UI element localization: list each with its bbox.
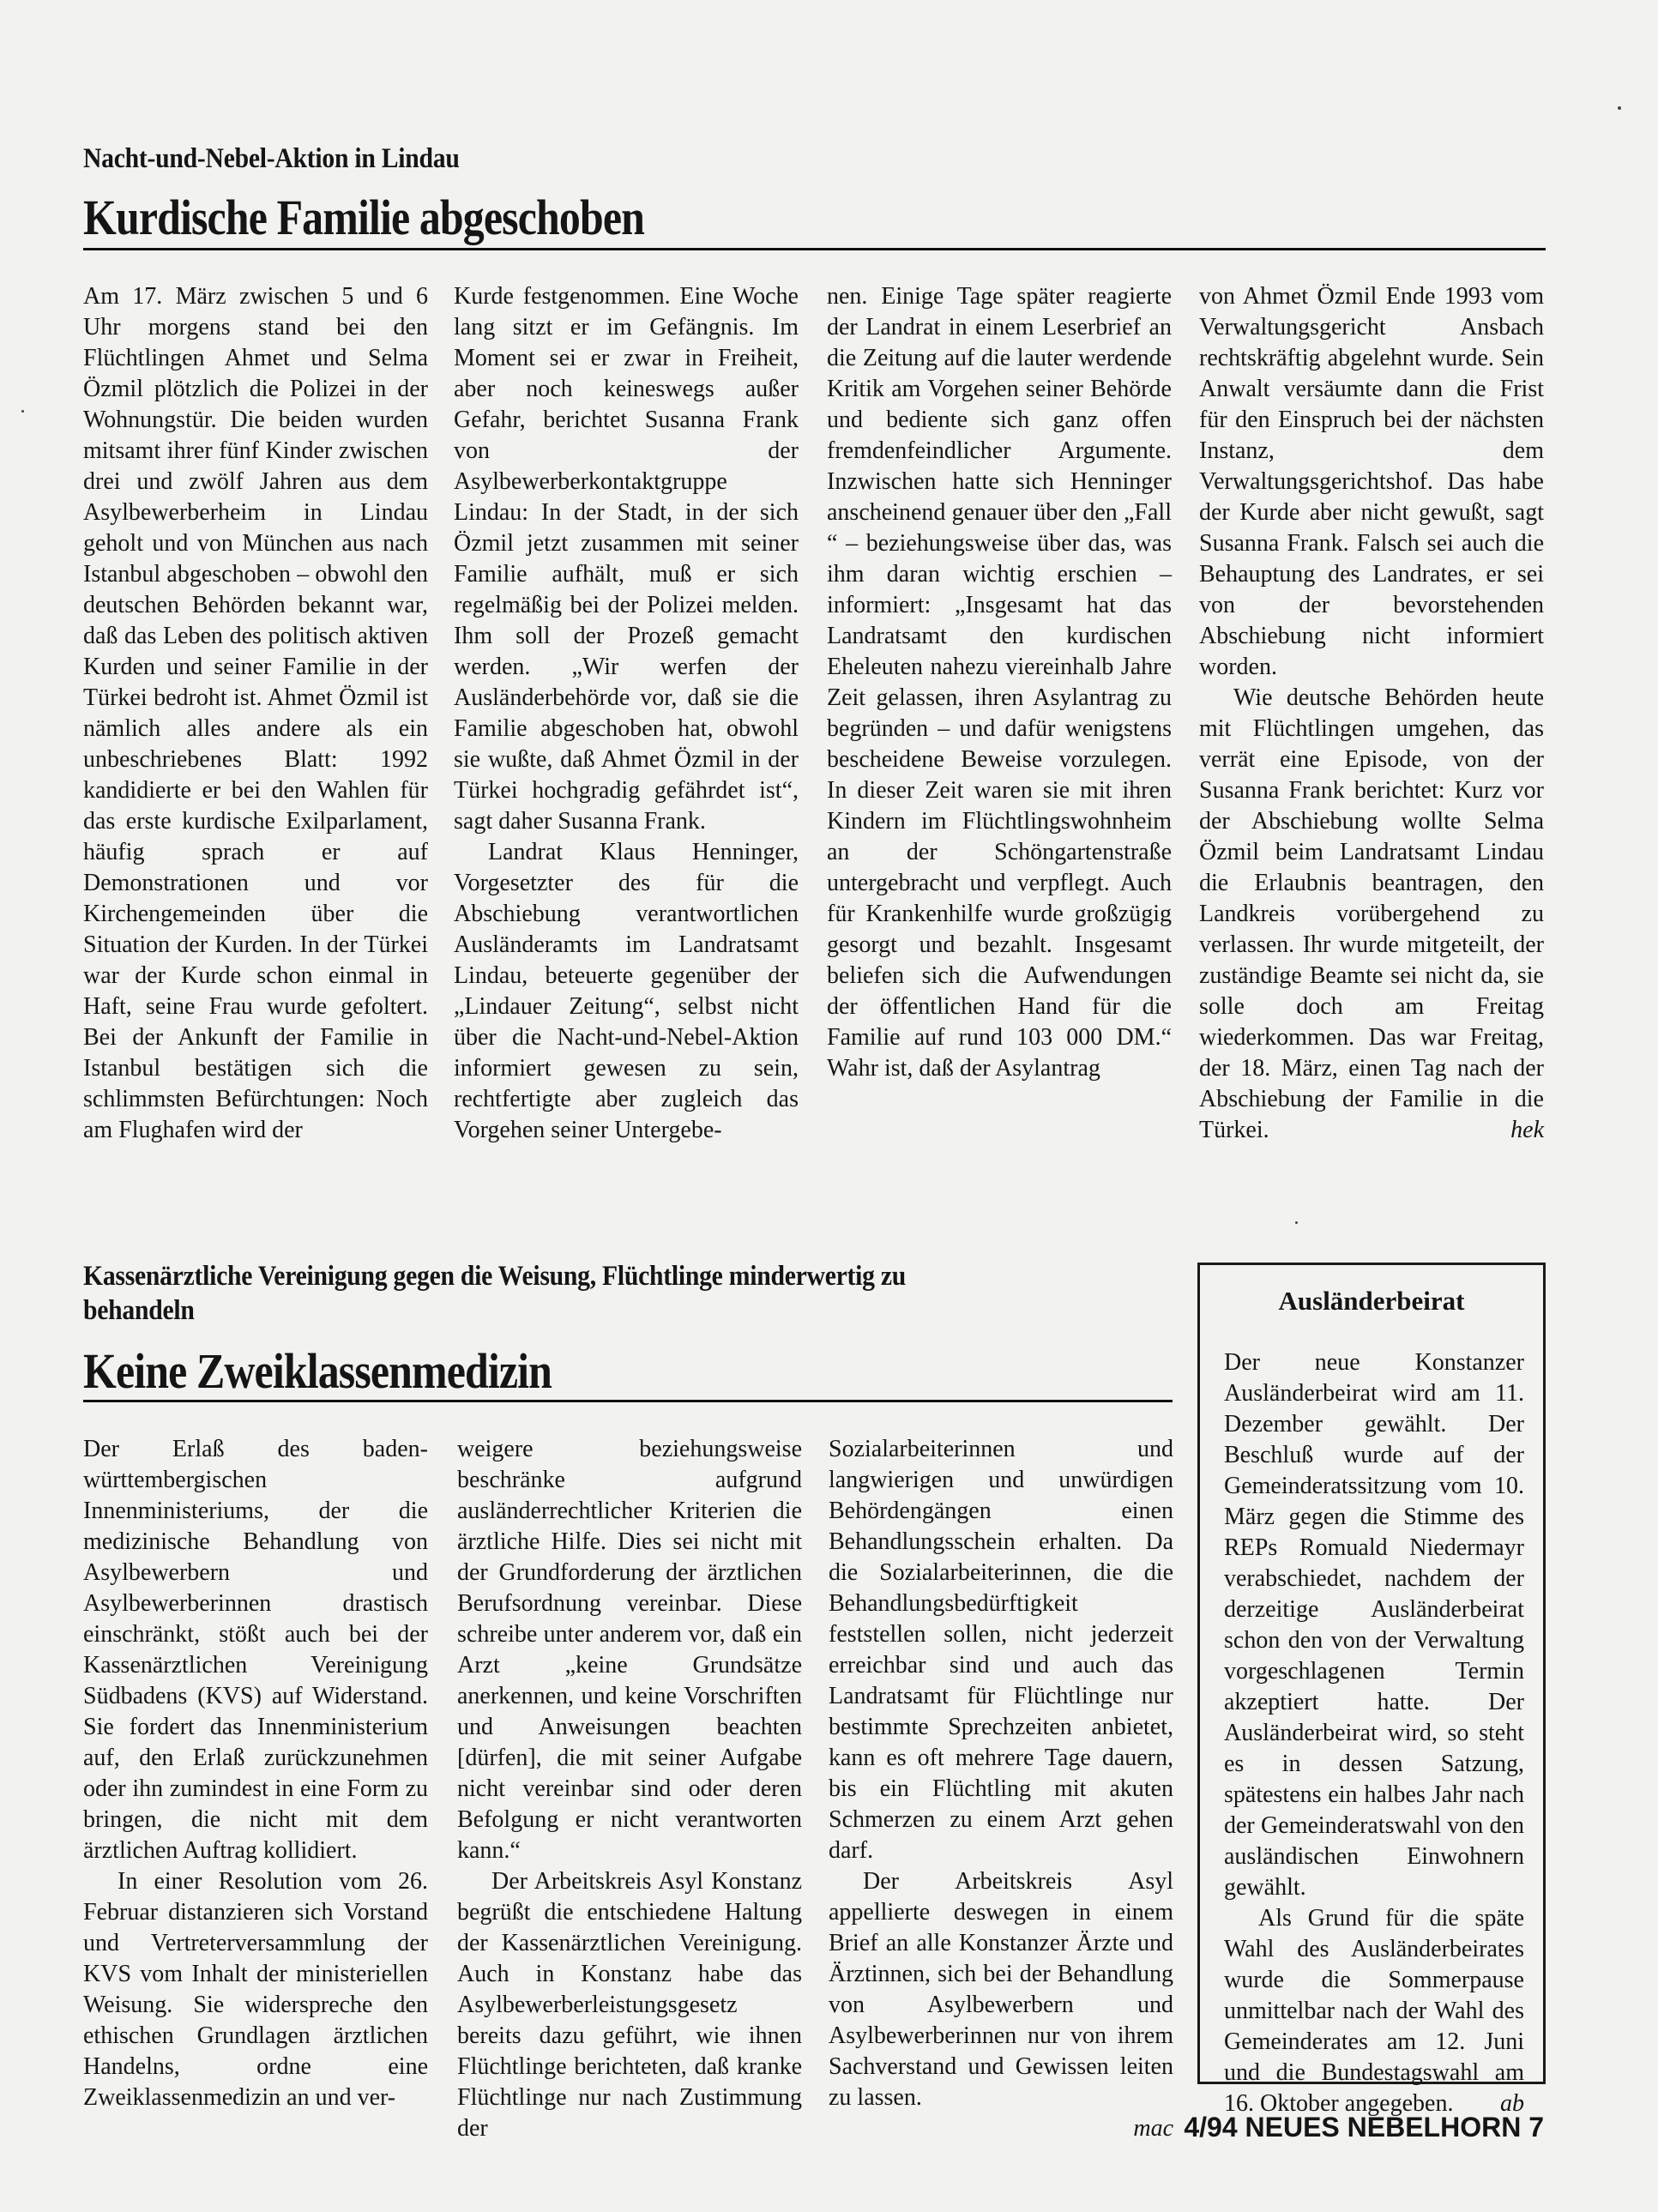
article1-column-4: von Ahmet Özmil Ende 1993 vom Verwaltung… xyxy=(1199,281,1544,1146)
paragraph: Sozialarbeiterinnen und langwierigen und… xyxy=(829,1434,1173,1866)
article2-column-3: Sozialarbeiterinnen und langwierigen und… xyxy=(829,1434,1173,2144)
paragraph: Als Grund für die späte Wahl des Ausländ… xyxy=(1224,1903,1524,2119)
article1-headline-rule xyxy=(83,248,1546,250)
paragraph: Der neue Konstanzer Ausländerbeirat wird… xyxy=(1224,1347,1524,1903)
article2-headline: Keine Zweiklassenmedizin xyxy=(83,1344,552,1399)
article2-headline-rule xyxy=(83,1400,1173,1402)
sidebar-box-auslaenderbeirat: Ausländerbeirat Der neue Konstanzer Ausl… xyxy=(1197,1263,1546,2084)
article2-column-1: Der Erlaß des baden-württembergischen In… xyxy=(83,1434,428,2113)
paragraph: von Ahmet Özmil Ende 1993 vom Verwaltung… xyxy=(1199,281,1544,683)
author-signature: mac xyxy=(829,2113,1173,2144)
paragraph: Wie deutsche Behörden heute mit Flüchtli… xyxy=(1199,683,1544,1146)
article2-column-2: weigere beziehungsweise beschränke aufgr… xyxy=(457,1434,802,2144)
paragraph: nen. Einige Tage später reagierte der La… xyxy=(827,281,1172,1084)
article1-kicker: Nacht-und-Nebel-Aktion in Lindau xyxy=(83,142,460,176)
paragraph: weigere beziehungsweise beschränke aufgr… xyxy=(457,1434,802,1866)
paragraph: Landrat Klaus Henninger, Vorgesetzter de… xyxy=(454,837,799,1146)
paragraph-text: Wie deutsche Behörden heute mit Flüchtli… xyxy=(1199,684,1544,1143)
paragraph: Der Erlaß des baden-württembergischen In… xyxy=(83,1434,428,1866)
page-footer-issue: 4/94 NEUES NEBELHORN 7 xyxy=(1184,2110,1544,2144)
paragraph: Kurde festgenommen. Eine Woche lang sitz… xyxy=(454,281,799,837)
author-signature: hek xyxy=(1476,1115,1544,1146)
article1-column-2: Kurde festgenommen. Eine Woche lang sitz… xyxy=(454,281,799,1146)
article2-kicker-line-1: Kassenärztliche Vereinigung gegen die We… xyxy=(83,1259,906,1293)
paragraph: In einer Resolution vom 26. Februar dist… xyxy=(83,1866,428,2113)
article2-kicker-line-2: behandeln xyxy=(83,1293,195,1328)
scan-speck xyxy=(1295,1221,1298,1224)
article1-headline: Kurdische Familie abgeschoben xyxy=(83,190,644,245)
sidebar-title: Ausländerbeirat xyxy=(1200,1284,1543,1318)
article1-column-3: nen. Einige Tage später reagierte der La… xyxy=(827,281,1172,1084)
paragraph-text: Als Grund für die späte Wahl des Ausländ… xyxy=(1224,1905,1524,2117)
paragraph: Der Arbeitskreis Asyl appellierte desweg… xyxy=(829,1866,1173,2113)
sidebar-body: Der neue Konstanzer Ausländerbeirat wird… xyxy=(1224,1347,1524,2119)
paragraph: Der Arbeitskreis Asyl Konstanz begrüßt d… xyxy=(457,1866,802,2144)
article1-column-1: Am 17. März zwischen 5 und 6 Uhr morgens… xyxy=(83,281,428,1146)
scan-speck xyxy=(21,410,24,413)
scan-speck xyxy=(1618,106,1621,110)
paragraph: Am 17. März zwischen 5 und 6 Uhr morgens… xyxy=(83,281,428,1146)
